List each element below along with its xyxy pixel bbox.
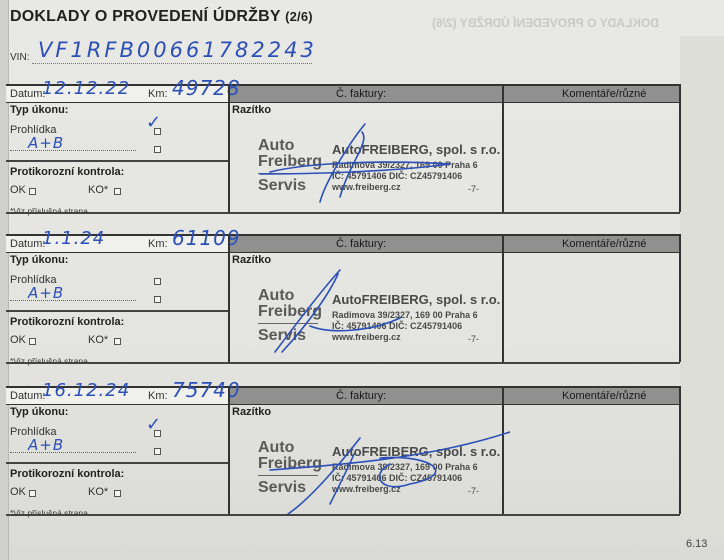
stamp-logo-auto: Auto (258, 440, 294, 456)
ko-checkbox[interactable] (114, 338, 121, 345)
page-indicator: (2/6) (285, 9, 313, 24)
record-header: Datum: 1.1.24 Km: 61109 Č. faktury: Kome… (6, 234, 680, 253)
bleed-through-title: DOKLADY O PROVEDENÍ ÚDRŽBY (2/6) (432, 16, 659, 30)
inspection-checkbox[interactable] (154, 278, 161, 285)
service-record-page: DOKLADY O PROVEDENÍ ÚDRŽBY (2/6) DOKLADY… (0, 0, 724, 560)
other-service-checkbox[interactable] (154, 296, 161, 303)
km-label: Km: (148, 238, 168, 250)
column-divider (228, 386, 230, 514)
stamp-logo-freiberg: Freiberg (258, 456, 322, 472)
footnote: *Viz příslušná strana (10, 508, 88, 518)
date-label: Datum: (10, 88, 45, 100)
date-value[interactable]: 16.12.24 (42, 380, 130, 401)
facing-page-edge (680, 36, 724, 536)
date-value[interactable]: 1.1.24 (42, 228, 105, 249)
page-number: 6.13 (686, 538, 707, 550)
stamp-logo-freiberg: Freiberg (258, 304, 322, 320)
record-bottom-border (6, 362, 680, 364)
date-value[interactable]: 12.12.22 (42, 78, 130, 99)
stamp-logo-rule (258, 323, 318, 324)
comments-cell[interactable] (504, 404, 680, 514)
ko-label: KO* (88, 334, 108, 346)
service-type-line (10, 452, 136, 453)
ok-checkbox[interactable] (29, 188, 36, 195)
stamp-address: Radimova 39/2327, 169 00 Praha 6 (332, 310, 478, 320)
inspection-check-mark: ✓ (146, 414, 162, 435)
row-divider (6, 160, 228, 162)
ok-label: OK (10, 184, 26, 196)
row-divider (6, 462, 228, 464)
stamp-address: Radimova 39/2327, 169 00 Praha 6 (332, 160, 478, 170)
invoice-label: Č. faktury: (336, 88, 386, 100)
stamp-label: Razítko (232, 406, 271, 418)
service-record: Datum: 12.12.22 Km: 49728 Č. faktury: Ko… (6, 84, 680, 234)
service-type-label: Typ úkonu: (10, 254, 68, 266)
date-label: Datum: (10, 390, 45, 402)
record-header: Datum: 16.12.24 Km: 75740 Č. faktury: Ko… (6, 386, 680, 405)
comments-cell[interactable] (504, 102, 680, 212)
stamp-logo-auto: Auto (258, 288, 294, 304)
ok-checkbox[interactable] (29, 490, 36, 497)
stamp-ids: IČ: 45791406 DIČ: CZ45791406 (332, 171, 462, 181)
ko-label: KO* (88, 486, 108, 498)
km-value[interactable]: 61109 (172, 226, 241, 250)
stamp-code: -7- (468, 486, 479, 496)
anticorrosion-label: Protikorozní kontrola: (10, 316, 124, 328)
stamp-code: -7- (468, 334, 479, 344)
km-label: Km: (148, 390, 168, 402)
record-header: Datum: 12.12.22 Km: 49728 Č. faktury: Ko… (6, 84, 680, 103)
row-divider (6, 310, 228, 312)
stamp-logo-rule (258, 173, 318, 174)
record-bottom-border (6, 212, 680, 214)
title-text: DOKLADY O PROVEDENÍ ÚDRŽBY (10, 8, 280, 25)
stamp-ids: IČ: 45791406 DIČ: CZ45791406 (332, 473, 462, 483)
vin-dotted-line (32, 63, 312, 64)
stamp-company: AutoFREIBERG, spol. s r.o. (332, 292, 500, 307)
column-divider (228, 234, 230, 362)
ko-label: KO* (88, 184, 108, 196)
stamp-logo-servis: Servis (258, 328, 306, 344)
stamp-company: AutoFREIBERG, spol. s r.o. (332, 142, 500, 157)
comments-label: Komentáře/různé (562, 390, 646, 402)
footnote: *Viz příslušná strana (10, 206, 88, 216)
footnote: *Viz příslušná strana (10, 356, 88, 366)
stamp-web: www.freiberg.cz (332, 484, 401, 494)
record-bottom-border (6, 514, 680, 516)
stamp-address: Radimova 39/2327, 169 00 Praha 6 (332, 462, 478, 472)
column-divider (228, 84, 230, 212)
stamp-logo-freiberg: Freiberg (258, 154, 322, 170)
ok-label: OK (10, 334, 26, 346)
ko-checkbox[interactable] (114, 490, 121, 497)
anticorrosion-label: Protikorozní kontrola: (10, 166, 124, 178)
stamp-label: Razítko (232, 254, 271, 266)
km-label: Km: (148, 88, 168, 100)
ko-checkbox[interactable] (114, 188, 121, 195)
inspection-check-mark: ✓ (146, 112, 162, 133)
comments-label: Komentáře/různé (562, 238, 646, 250)
service-type-label: Typ úkonu: (10, 406, 68, 418)
service-record: Datum: 1.1.24 Km: 61109 Č. faktury: Kome… (6, 234, 680, 384)
vin-label: VIN: (10, 52, 29, 63)
stamp-web: www.freiberg.cz (332, 332, 401, 342)
stamp-company: AutoFREIBERG, spol. s r.o. (332, 444, 500, 459)
service-type-line (10, 300, 136, 301)
stamp-label: Razítko (232, 104, 271, 116)
stamp-logo-auto: Auto (258, 138, 294, 154)
stamp-ids: IČ: 45791406 DIČ: CZ45791406 (332, 321, 462, 331)
stamp-web: www.freiberg.cz (332, 182, 401, 192)
stamp-logo-servis: Servis (258, 480, 306, 496)
stamp-code: -7- (468, 184, 479, 194)
comments-cell[interactable] (504, 252, 680, 362)
other-service-checkbox[interactable] (154, 146, 161, 153)
anticorrosion-label: Protikorozní kontrola: (10, 468, 124, 480)
service-type-label: Typ úkonu: (10, 104, 68, 116)
stamp-logo-servis: Servis (258, 178, 306, 194)
date-label: Datum: (10, 238, 45, 250)
vin-value[interactable]: VF1RFB00661782243 (38, 38, 317, 62)
page-title: DOKLADY O PROVEDENÍ ÚDRŽBY (2/6) (10, 8, 313, 26)
km-value[interactable]: 75740 (172, 378, 241, 402)
km-value[interactable]: 49728 (172, 76, 241, 100)
ok-label: OK (10, 486, 26, 498)
invoice-label: Č. faktury: (336, 238, 386, 250)
service-type-line (10, 150, 136, 151)
other-service-checkbox[interactable] (154, 448, 161, 455)
ok-checkbox[interactable] (29, 338, 36, 345)
service-record: Datum: 16.12.24 Km: 75740 Č. faktury: Ko… (6, 386, 680, 536)
stamp-logo-rule (258, 475, 318, 476)
invoice-label: Č. faktury: (336, 390, 386, 402)
comments-label: Komentáře/různé (562, 88, 646, 100)
